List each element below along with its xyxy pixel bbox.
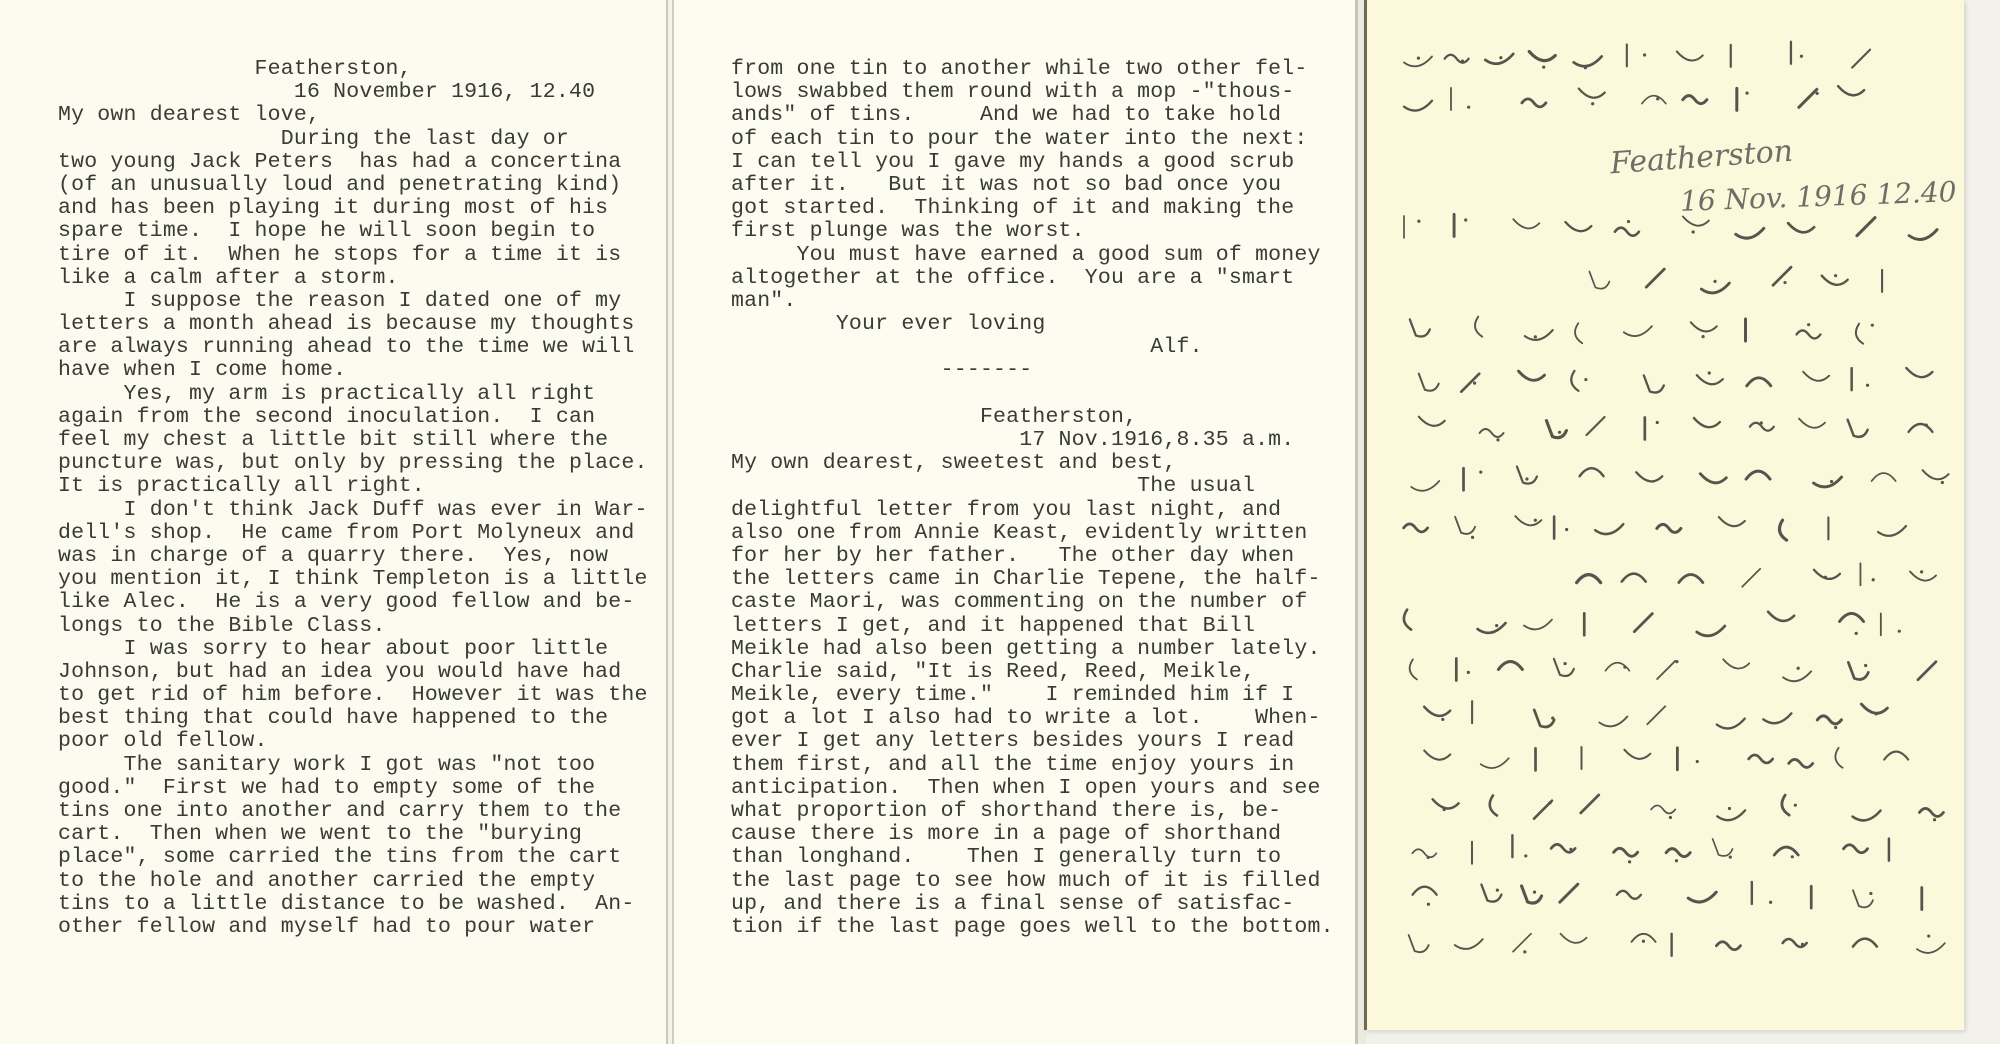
text-line: Featherston, xyxy=(58,58,648,81)
text-line: tins one into another and carry them to … xyxy=(58,800,648,823)
letter-continuation-and-17-nov-text: from one tin to another while two other … xyxy=(731,58,1334,939)
text-line: My own dearest, sweetest and best, xyxy=(731,452,1334,475)
text-line: again from the second inoculation. I can xyxy=(58,406,648,429)
text-line: poor old fellow. xyxy=(58,730,648,753)
text-line: Alf. xyxy=(731,336,1334,359)
text-line: The usual xyxy=(731,475,1334,498)
text-line: delightful letter from you last night, a… xyxy=(731,499,1334,522)
text-line: first plunge was the worst. xyxy=(731,220,1334,243)
text-line: the letters came in Charlie Tepene, the … xyxy=(731,568,1334,591)
text-line: Meikle, every time." I reminded him if I xyxy=(731,684,1334,707)
text-line: Charlie said, "It is Reed, Reed, Meikle, xyxy=(731,661,1334,684)
text-line: cause there is more in a page of shortha… xyxy=(731,823,1334,846)
text-line: other fellow and myself had to pour wate… xyxy=(58,916,648,939)
text-line: like Alec. He is a very good fellow and … xyxy=(58,591,648,614)
text-line: It is practically all right. xyxy=(58,475,648,498)
text-line: 17 Nov.1916,8.35 a.m. xyxy=(731,429,1334,452)
text-line: than longhand. Then I generally turn to xyxy=(731,846,1334,869)
text-line: During the last day or xyxy=(58,128,648,151)
text-line: the last page to see how much of it is f… xyxy=(731,870,1334,893)
text-line: ------- xyxy=(731,359,1334,382)
text-line: Johnson, but had an idea you would have … xyxy=(58,661,648,684)
text-line: ever I get any letters besides yours I r… xyxy=(731,730,1334,753)
text-line: You must have earned a good sum of money xyxy=(731,244,1334,267)
text-line: I was sorry to hear about poor little xyxy=(58,638,648,661)
text-line: two young Jack Peters has had a concerti… xyxy=(58,151,648,174)
text-line: what proportion of shorthand there is, b… xyxy=(731,800,1334,823)
text-line: best thing that could have happened to t… xyxy=(58,707,648,730)
text-line: caste Maori, was commenting on the numbe… xyxy=(731,591,1334,614)
text-line: ands" of tins. And we had to take hold xyxy=(731,104,1334,127)
text-line: 16 November 1916, 12.40 xyxy=(58,81,648,104)
text-line: like a calm after a storm. xyxy=(58,267,648,290)
text-line: puncture was, but only by pressing the p… xyxy=(58,452,648,475)
text-line: letters I get, and it happened that Bill xyxy=(731,615,1334,638)
text-line: Yes, my arm is practically all right xyxy=(58,383,648,406)
text-line: I can tell you I gave my hands a good sc… xyxy=(731,151,1334,174)
text-line: Your ever loving xyxy=(731,313,1334,336)
text-line xyxy=(731,383,1334,406)
text-line: (of an unusually loud and penetrating ki… xyxy=(58,174,648,197)
text-line: got started. Thinking of it and making t… xyxy=(731,197,1334,220)
text-line: up, and there is a final sense of satisf… xyxy=(731,893,1334,916)
text-line: cart. Then when we went to the "burying xyxy=(58,823,648,846)
text-line: I don't think Jack Duff was ever in War- xyxy=(58,499,648,522)
letter-16-nov-text: Featherston, 16 November 1916, 12.40My o… xyxy=(58,58,648,939)
text-line: you mention it, I think Templeton is a l… xyxy=(58,568,648,591)
text-line: Featherston, xyxy=(731,406,1334,429)
text-line: for her by her father. The other day whe… xyxy=(731,545,1334,568)
text-line: tire of it. When he stops for a time it … xyxy=(58,244,648,267)
text-line: to get rid of him before. However it was… xyxy=(58,684,648,707)
text-line: of each tin to pour the water into the n… xyxy=(731,128,1334,151)
text-line: to the hole and another carried the empt… xyxy=(58,870,648,893)
text-line: good." First we had to empty some of the xyxy=(58,777,648,800)
text-line: man". xyxy=(731,290,1334,313)
text-line: have when I come home. xyxy=(58,359,648,382)
text-line: also one from Annie Keast, evidently wri… xyxy=(731,522,1334,545)
text-line: anticipation. Then when I open yours and… xyxy=(731,777,1334,800)
text-line: got a lot I also had to write a lot. Whe… xyxy=(731,707,1334,730)
text-line: and has been playing it during most of h… xyxy=(58,197,648,220)
text-line: spare time. I hope he will soon begin to xyxy=(58,220,648,243)
text-line: altogether at the office. You are a "sma… xyxy=(731,267,1334,290)
text-line: from one tin to another while two other … xyxy=(731,58,1334,81)
text-line: lows swabbed them round with a mop -"tho… xyxy=(731,81,1334,104)
text-line: I suppose the reason I dated one of my xyxy=(58,290,648,313)
text-line: Meikle had also been getting a number la… xyxy=(731,638,1334,661)
text-line: tion if the last page goes well to the b… xyxy=(731,916,1334,939)
text-line: dell's shop. He came from Port Molyneux … xyxy=(58,522,648,545)
shorthand-strokes xyxy=(1364,0,1964,1030)
text-line: place", some carried the tins from the c… xyxy=(58,846,648,869)
text-line: after it. But it was not so bad once you xyxy=(731,174,1334,197)
text-line: was in charge of a quarry there. Yes, no… xyxy=(58,545,648,568)
text-line: longs to the Bible Class. xyxy=(58,615,648,638)
text-line: letters a month ahead is because my thou… xyxy=(58,313,648,336)
text-line: tins to a little distance to be washed. … xyxy=(58,893,648,916)
text-line: are always running ahead to the time we … xyxy=(58,336,648,359)
text-line: The sanitary work I got was "not too xyxy=(58,754,648,777)
text-line: My own dearest love, xyxy=(58,104,648,127)
text-line: them first, and all the time enjoy yours… xyxy=(731,754,1334,777)
text-line: feel my chest a little bit still where t… xyxy=(58,429,648,452)
